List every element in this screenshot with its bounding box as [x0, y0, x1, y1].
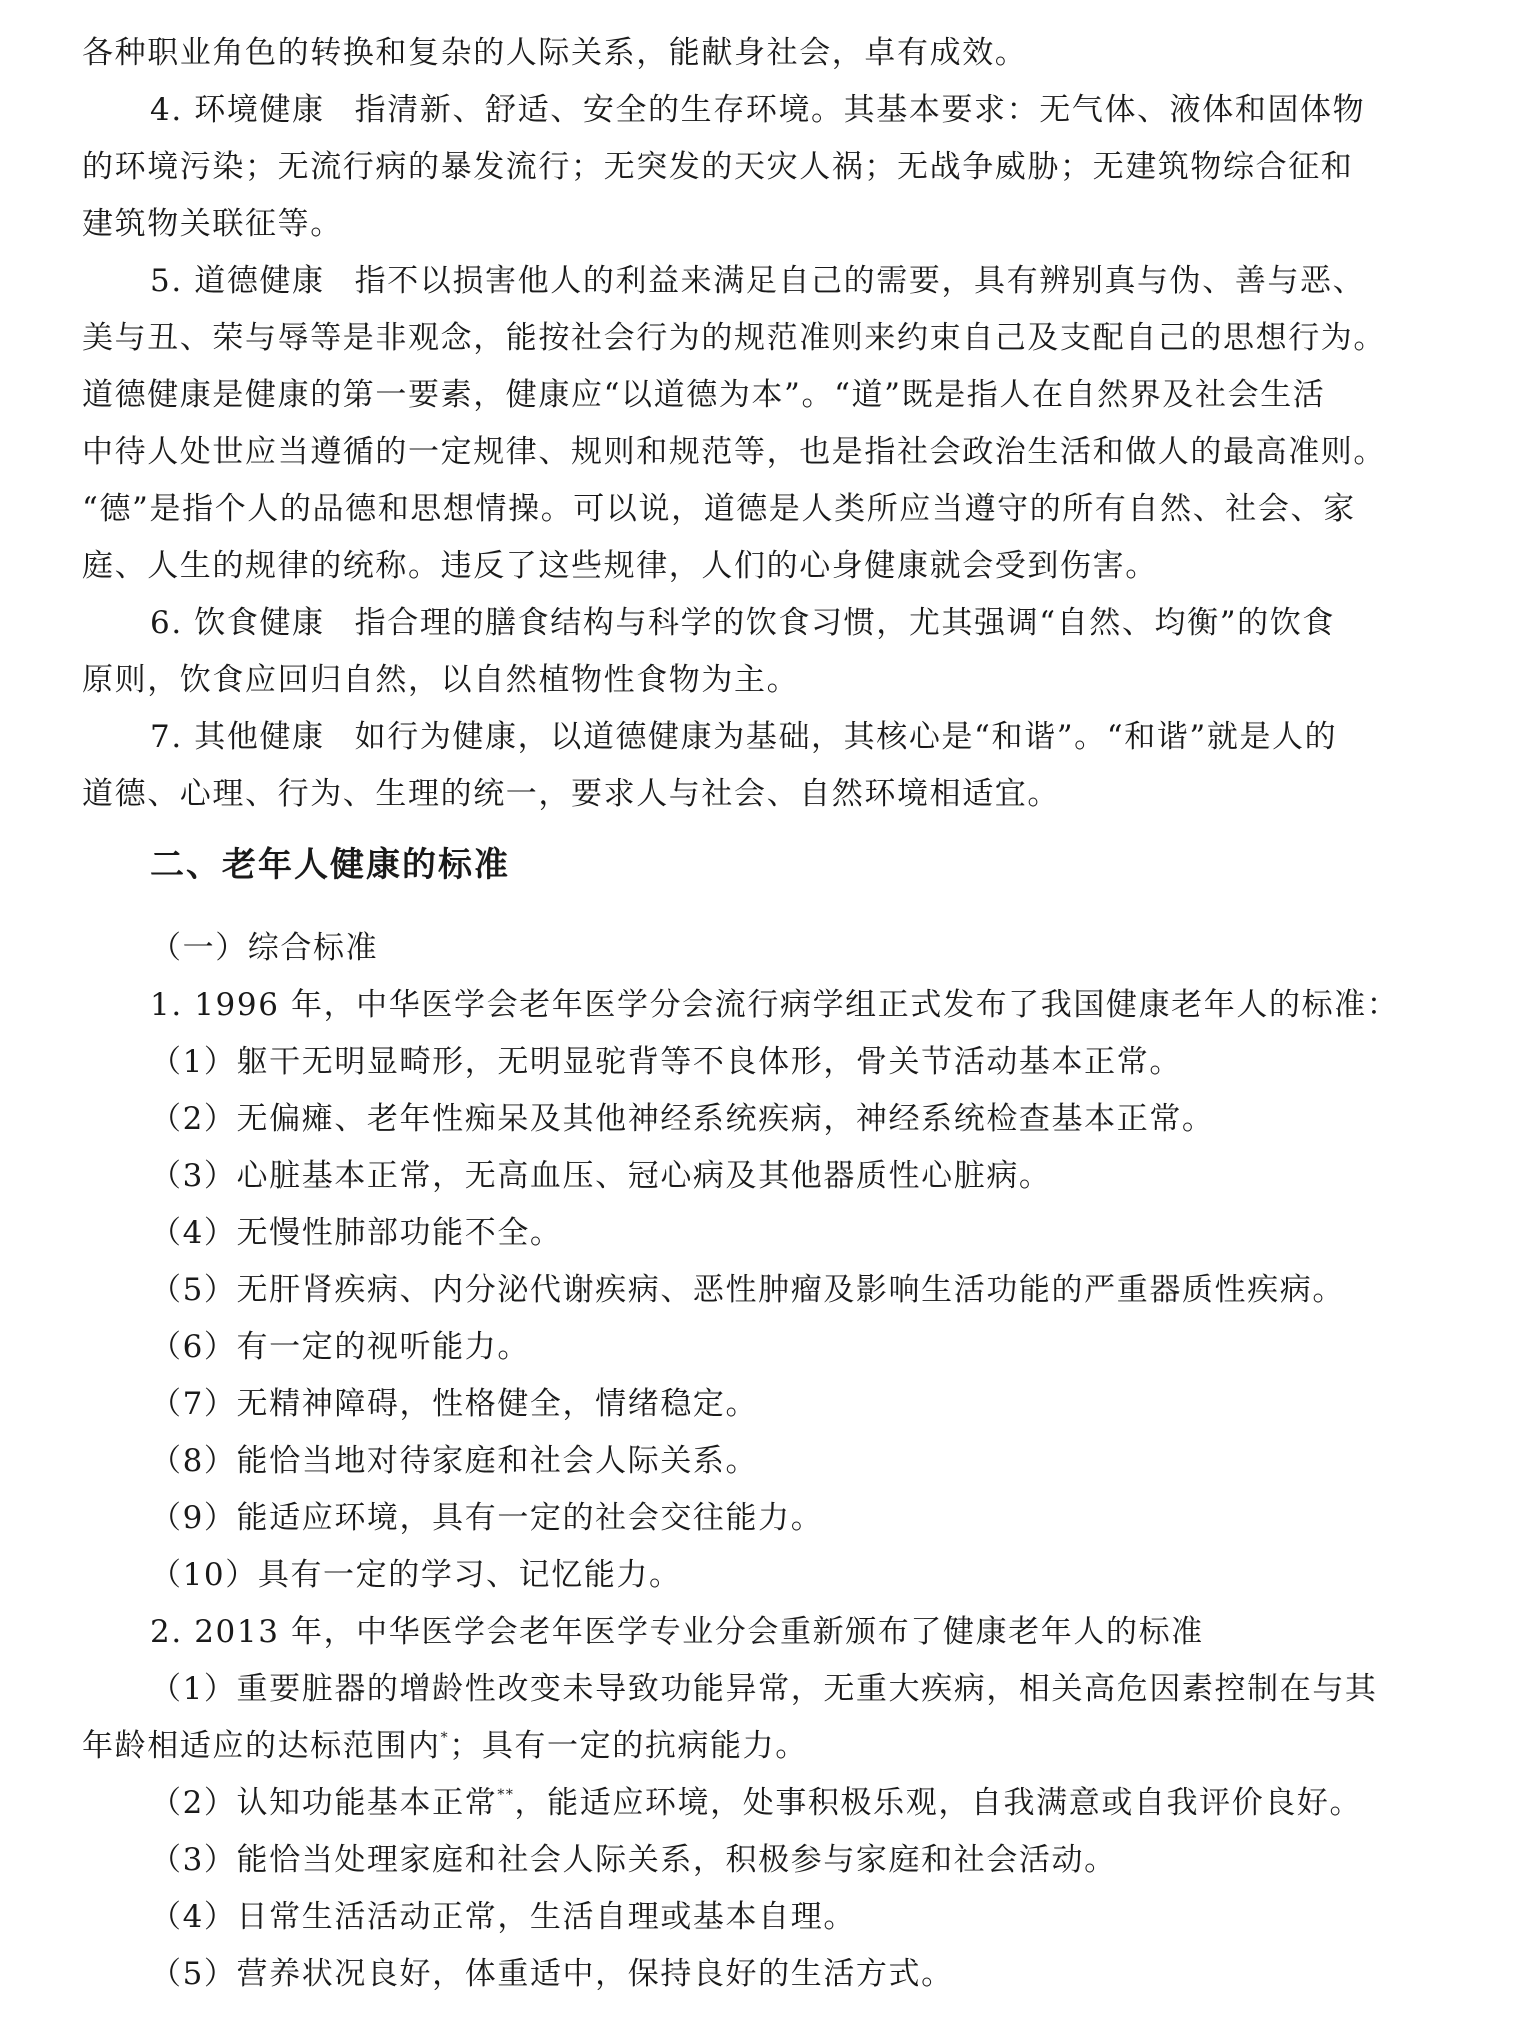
paragraph-line: 中待人处世应当遵循的一定规律、规则和规范等，也是指社会政治生活和做人的最高准则。: [82, 432, 1462, 472]
text-run: ；具有一定的抗病能力。: [449, 1728, 808, 1764]
paragraph-line: 指合理的膳食结构与科学的饮食习惯，尤其强调“自然、均衡”的饮食: [355, 605, 1335, 641]
list-item: （10）具有一定的学习、记忆能力。: [150, 1555, 1530, 1595]
item-number: 4.: [150, 92, 183, 128]
item-term: 环境健康: [194, 92, 324, 128]
text-run: ，能适应环境，处事积极乐观，自我满意或自我评价良好。: [515, 1785, 1363, 1821]
text-run: （2）认知功能基本正常: [150, 1785, 497, 1821]
list-item: （5）营养状况良好，体重适中，保持良好的生活方式。: [150, 1954, 1530, 1994]
list-item: （9）能适应环境，具有一定的社会交往能力。: [150, 1498, 1530, 1538]
list-item: （7）无精神障碍，性格健全，情绪稳定。: [150, 1384, 1530, 1424]
list-item: （6）有一定的视听能力。: [150, 1327, 1530, 1367]
list-item: （2）认知功能基本正常**，能适应环境，处事积极乐观，自我满意或自我评价良好。: [150, 1783, 1530, 1823]
item-term: 饮食健康: [194, 605, 324, 641]
section-heading: 二、老年人健康的标准: [150, 843, 510, 887]
paragraph-line: 原则，饮食应回归自然，以自然植物性食物为主。: [82, 660, 1462, 700]
item-diet-health: 6. 饮食健康指合理的膳食结构与科学的饮食习惯，尤其强调“自然、均衡”的饮食: [150, 603, 1530, 643]
item-number: 7.: [150, 719, 183, 755]
list-item: （8）能恰当地对待家庭和社会人际关系。: [150, 1441, 1530, 1481]
item-number: 6.: [150, 605, 183, 641]
text-run: 年龄相适应的达标范围内: [82, 1728, 441, 1764]
paragraph-line: 美与丑、荣与辱等是非观念，能按社会行为的规范准则来约束自己及支配自己的思想行为。: [82, 318, 1462, 358]
item-term: 道德健康: [194, 263, 324, 299]
paragraph-line: “德”是指个人的品德和思想情操。可以说，道德是人类所应当遵守的所有自然、社会、家: [82, 489, 1462, 529]
list-item: （4）无慢性肺部功能不全。: [150, 1213, 1530, 1253]
item-moral-health: 5. 道德健康指不以损害他人的利益来满足自己的需要，具有辨别真与伪、善与恶、: [150, 261, 1530, 301]
list-item: （2）无偏瘫、老年性痴呆及其他神经系统疾病，神经系统检查基本正常。: [150, 1099, 1530, 1139]
item-number: 5.: [150, 263, 183, 299]
item-other-health: 7. 其他健康如行为健康，以道德健康为基础，其核心是“和谐”。“和谐”就是人的: [150, 717, 1530, 757]
paragraph-line: 如行为健康，以道德健康为基础，其核心是“和谐”。“和谐”就是人的: [355, 719, 1338, 755]
paragraph-line: 建筑物关联征等。: [82, 204, 1462, 244]
subheading: （一）综合标准: [150, 928, 1530, 968]
list-item-continuation: 年龄相适应的达标范围内*；具有一定的抗病能力。: [82, 1726, 1462, 1766]
list-item: （5）无肝肾疾病、内分泌代谢疾病、恶性肿瘤及影响生活功能的严重器质性疾病。: [150, 1270, 1530, 1310]
item-environment-health: 4. 环境健康指清新、舒适、安全的生存环境。其基本要求：无气体、液体和固体物: [150, 90, 1530, 130]
footnote-marker: **: [497, 1787, 514, 1803]
document-page: 各种职业角色的转换和复杂的人际关系，能献身社会，卓有成效。 4. 环境健康指清新…: [0, 0, 1536, 2028]
paragraph-line: 各种职业角色的转换和复杂的人际关系，能献身社会，卓有成效。: [82, 33, 1462, 73]
standard-1996-title: 1. 1996 年，中华医学会老年医学分会流行病学组正式发布了我国健康老年人的标…: [150, 985, 1530, 1025]
paragraph-line: 庭、人生的规律的统称。违反了这些规律，人们的心身健康就会受到伤害。: [82, 546, 1462, 586]
list-item: （1）重要脏器的增龄性改变未导致功能异常，无重大疾病，相关高危因素控制在与其: [150, 1669, 1530, 1709]
list-item: （3）能恰当处理家庭和社会人际关系，积极参与家庭和社会活动。: [150, 1840, 1530, 1880]
paragraph-line: 的环境污染；无流行病的暴发流行；无突发的天灾人祸；无战争威胁；无建筑物综合征和: [82, 147, 1462, 187]
paragraph-line: 道德健康是健康的第一要素，健康应“以道德为本”。“道”既是指人在自然界及社会生活: [82, 375, 1462, 415]
list-item: （4）日常生活活动正常，生活自理或基本自理。: [150, 1897, 1530, 1937]
list-item: （1）躯干无明显畸形，无明显驼背等不良体形，骨关节活动基本正常。: [150, 1042, 1530, 1082]
item-term: 其他健康: [194, 719, 324, 755]
footnote-marker: *: [441, 1730, 450, 1746]
paragraph-line: 指清新、舒适、安全的生存环境。其基本要求：无气体、液体和固体物: [355, 92, 1366, 128]
list-item: （3）心脏基本正常，无高血压、冠心病及其他器质性心脏病。: [150, 1156, 1530, 1196]
standard-2013-title: 2. 2013 年，中华医学会老年医学专业分会重新颁布了健康老年人的标准: [150, 1612, 1530, 1652]
paragraph-line: 道德、心理、行为、生理的统一，要求人与社会、自然环境相适宜。: [82, 774, 1462, 814]
paragraph-line: 指不以损害他人的利益来满足自己的需要，具有辨别真与伪、善与恶、: [355, 263, 1366, 299]
